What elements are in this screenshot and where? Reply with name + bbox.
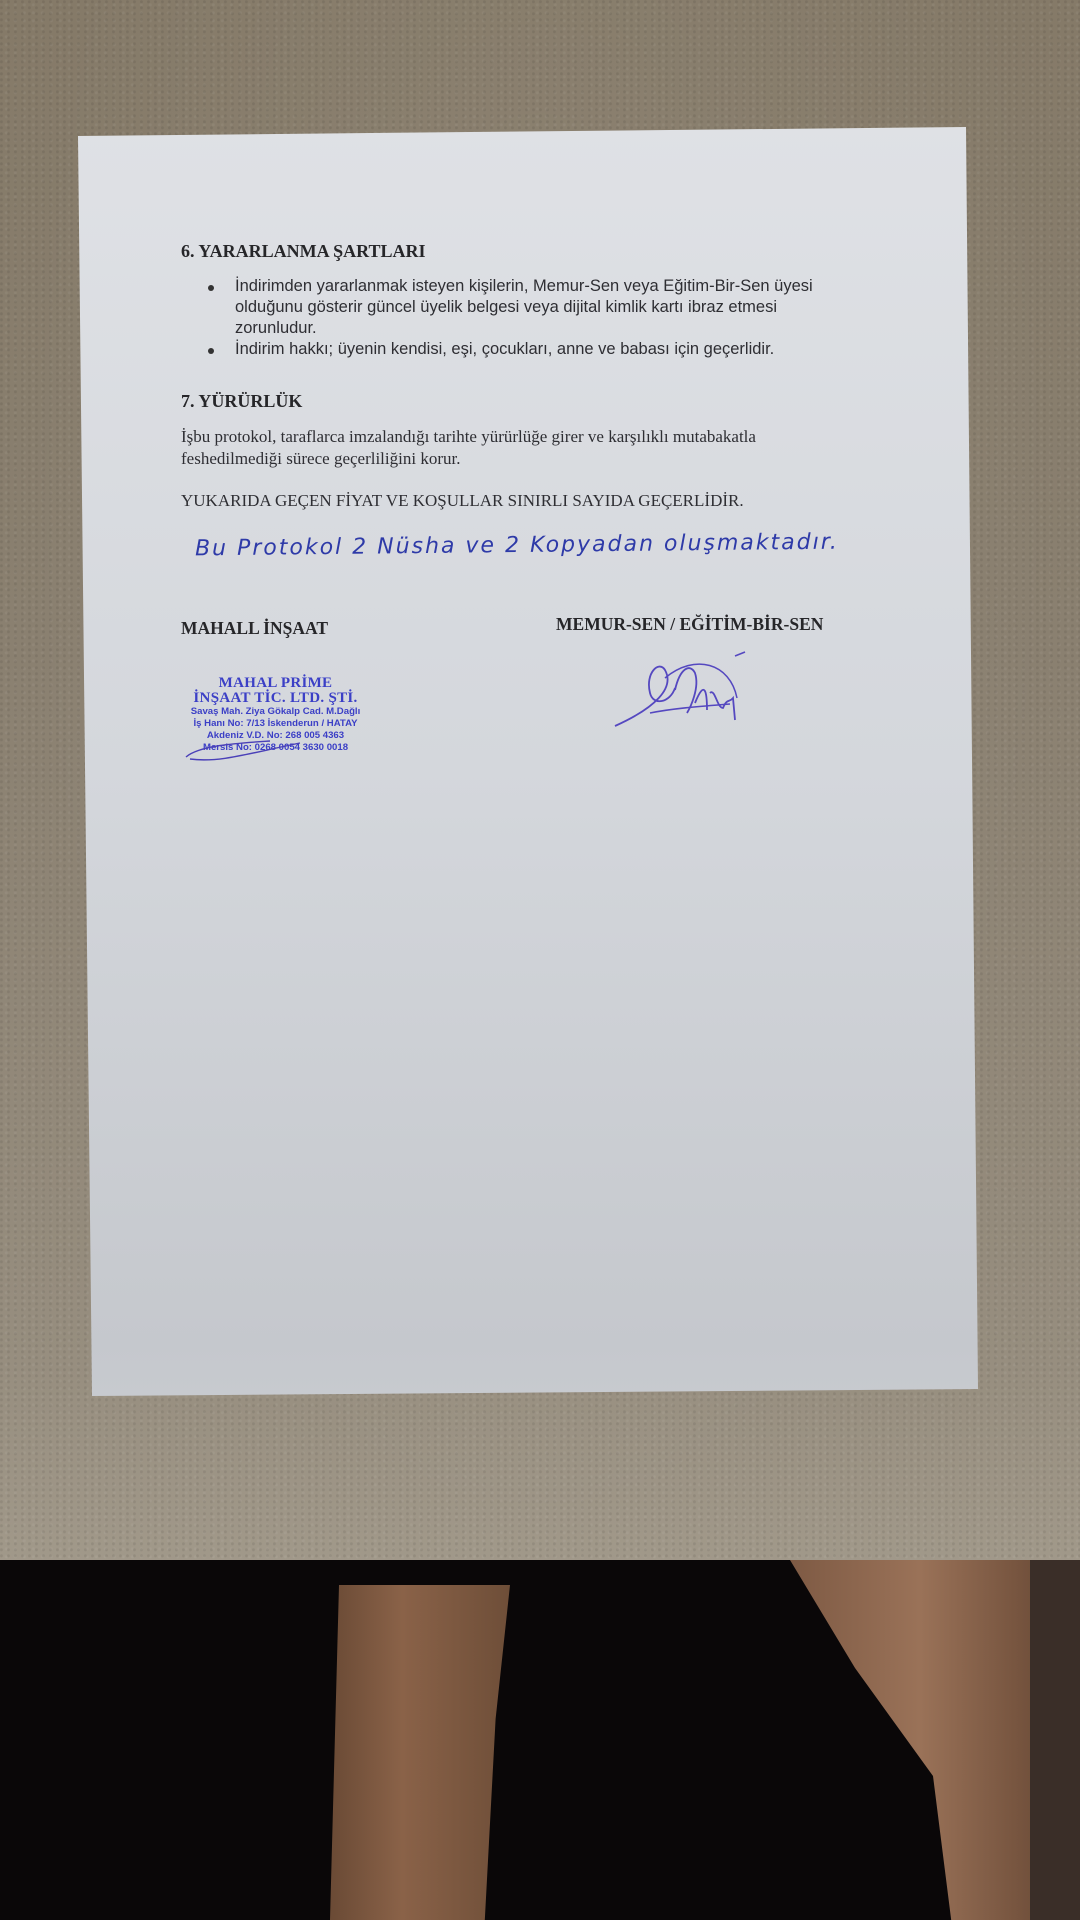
wooden-leg — [330, 1585, 510, 1920]
stamp-line: İNŞAAT TİC. LTD. ŞTİ. — [168, 691, 383, 706]
signature-icon — [595, 648, 775, 738]
handwritten-note: Bu Protokol 2 Nüsha ve 2 Kopyadan oluşma… — [195, 530, 839, 562]
stamp-signature-scribble — [180, 735, 330, 765]
notice-text: YUKARIDA GEÇEN FİYAT VE KOŞULLAR SINIRLI… — [181, 490, 821, 512]
bullet-item: İndirim hakkı; üyenin kendisi, eşi, çocu… — [205, 339, 845, 360]
party-right: MEMUR-SEN / EĞİTİM-BİR-SEN — [556, 614, 823, 635]
section-6-bullets: İndirimden yararlanmak isteyen kişilerin… — [205, 276, 845, 360]
bullet-item: İndirimden yararlanmak isteyen kişilerin… — [205, 276, 845, 339]
stamp-line: Savaş Mah. Ziya Gökalp Cad. M.Dağlı — [168, 706, 383, 718]
section-7-heading: 7. YÜRÜRLÜK — [181, 391, 302, 412]
stamp-line: İş Hanı No: 7/13 İskenderun / HATAY — [168, 718, 383, 730]
wall-shadow — [1030, 1560, 1080, 1920]
party-left: MAHALL İNŞAAT — [181, 618, 328, 639]
section-6-heading: 6. YARARLANMA ŞARTLARI — [181, 241, 426, 262]
stamp-line: MAHAL PRİME — [168, 676, 383, 691]
section-7-paragraph: İşbu protokol, taraflarca imzalandığı ta… — [181, 426, 821, 470]
